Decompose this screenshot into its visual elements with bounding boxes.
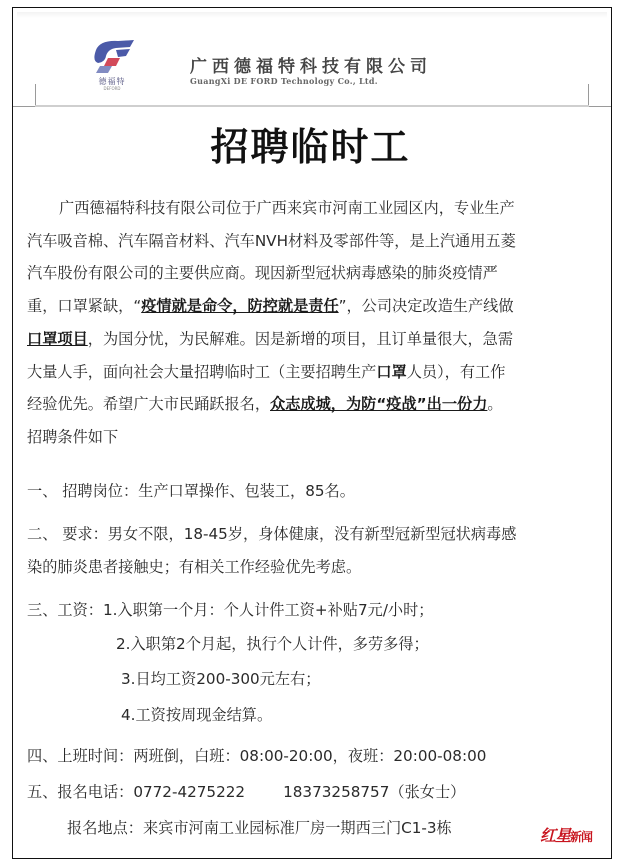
condition-wage-3: 3.日均工资200-300元左右；	[121, 668, 320, 689]
mask-emphasis: 口罩	[376, 363, 406, 381]
intro-line: 汽车股份有限公司的主要供应商。现因新型冠状病毒感染的肺炎疫情严	[27, 257, 597, 290]
call-to-action-emphasis: 众志成城，为防“疫战”出一份力	[270, 395, 487, 413]
intro-line: 重，口罩紧缺，“疫情就是命令，防控就是责任”，公司决定改造生产线做	[27, 290, 597, 323]
text: 经验优先。希望广大市民踊跃报名，	[27, 395, 270, 413]
intro-line: 广西德福特科技有限公司位于广西来宾市河南工业园区内，专业生产	[27, 192, 597, 225]
logo-subtext: DEFORD	[86, 86, 138, 91]
company-name-en: GuangXi DE FORD Technology Co., Ltd.	[190, 76, 378, 86]
intro-line: 大量人手，面向社会大量招聘临时工（主要招聘生产口罩人员），有工作	[27, 356, 597, 389]
condition-location: 报名地点：来宾市河南工业园标准厂房一期西三门C1-3栋	[67, 817, 452, 838]
text: ”，公司决定改造生产线做	[339, 297, 514, 315]
intro-line: 口罩项目，为国分忧，为民解难。因是新增的项目，且订单量很大，急需	[27, 323, 597, 356]
condition-wage-2: 2.入职第2个月起，执行个人计件，多劳多得；	[116, 633, 429, 654]
intro-line: 汽车吸音棉、汽车隔音材料、汽车NVH材料及零部件等，是上汽通用五菱	[27, 225, 597, 258]
condition-position: 一、 招聘岗位：生产口罩操作、包装工，85名。	[27, 480, 355, 501]
header-corner-mark-right	[588, 84, 611, 107]
page-title: 招聘临时工	[0, 116, 621, 171]
watermark-suffix: 新闻	[570, 830, 592, 844]
condition-phone: 五、报名电话：0772-427522218373258757（张女士）	[27, 781, 465, 802]
company-logo: 德福特 DEFORD	[86, 36, 138, 92]
text: 大量人手，面向社会大量招聘临时工（主要招聘生产	[27, 363, 376, 381]
phone-mobile: 18373258757（张女士）	[283, 783, 465, 801]
text: 人员），有工作	[407, 363, 506, 381]
condition-hours: 四、上班时间：两班倒，白班：08:00-20:00，夜班：20:00-08:00	[27, 745, 486, 766]
condition-wage-1: 三、工资：1.入职第一个月：个人计件工资+补贴7元/小时；	[27, 599, 434, 620]
text: 。	[487, 395, 502, 413]
intro-paragraph: 广西德福特科技有限公司位于广西来宾市河南工业园区内，专业生产 汽车吸音棉、汽车隔…	[27, 192, 597, 454]
intro-line: 经验优先。希望广大市民踊跃报名，众志成城，为防“疫战”出一份力。	[27, 388, 597, 421]
mask-project-emphasis: 口罩项目	[27, 330, 88, 348]
logo-icon	[86, 36, 138, 76]
text: 重，口罩紧缺，“	[27, 297, 141, 315]
watermark-brand: 红星	[540, 826, 570, 845]
condition-requirements-cont: 染的肺炎患者接触史；有相关工作经验优先考虑。	[27, 556, 361, 577]
header-divider	[35, 105, 589, 107]
news-watermark: 红星新闻	[540, 823, 592, 846]
header-corner-mark-left	[13, 84, 36, 107]
conditions-heading: 招聘条件如下	[27, 421, 597, 454]
phone-landline: 0772-4275222	[133, 783, 245, 801]
phone-label: 五、报名电话：	[27, 783, 133, 801]
slogan-emphasis: 疫情就是命令，防控就是责任	[141, 297, 338, 315]
page-top-edge	[17, 12, 607, 18]
text: ，为国分忧，为民解难。因是新增的项目，且订单量很大，急需	[88, 330, 513, 348]
condition-requirements: 二、 要求：男女不限，18-45岁，身体健康，没有新型冠新型冠状病毒感	[27, 523, 516, 544]
company-name-cn: 广西德福特科技有限公司	[190, 52, 432, 77]
condition-wage-4: 4.工资按周现金结算。	[121, 704, 272, 725]
